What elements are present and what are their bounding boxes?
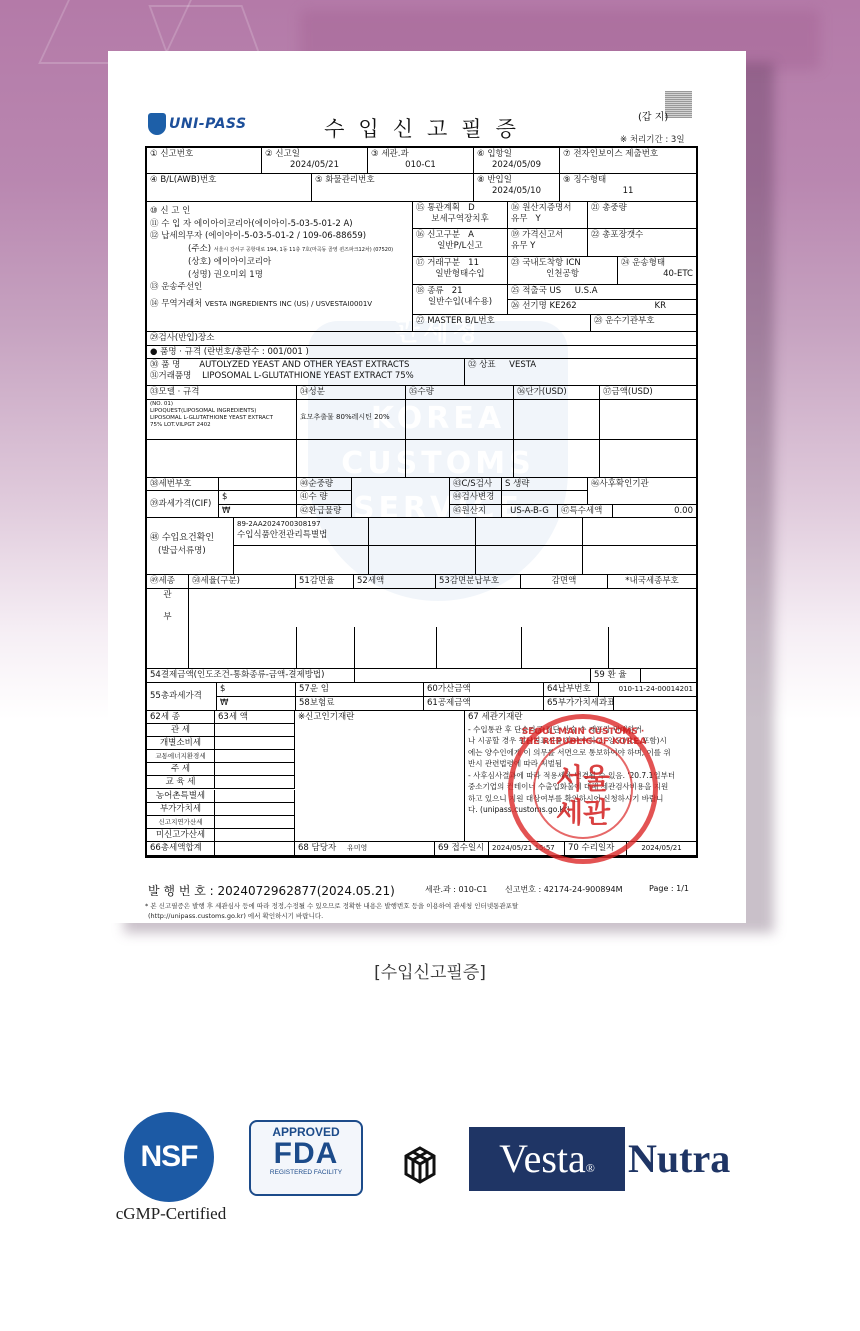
- tax-kind-amount: [215, 829, 295, 842]
- field-cs-check: ㊸C/S검사: [450, 478, 502, 491]
- tax-kind-label: 교통에너지환경세: [147, 750, 215, 763]
- field-cargo-no: ⑤ 화물관리번호: [312, 174, 474, 202]
- copy-label: (갑 지): [638, 108, 668, 123]
- duty-header-reduction-rate: 51감면율: [296, 575, 354, 589]
- tax-kind-label: 관 세: [147, 724, 215, 737]
- requirement-empty: [234, 546, 369, 575]
- spec-header-quantity: ㉟수량: [406, 386, 514, 400]
- spec-unit-price-value: [514, 400, 600, 440]
- tax-kind-label: 주 세: [147, 763, 215, 776]
- tax-kind-header: 62세 종: [147, 711, 215, 724]
- footer-declaration-no: 신고번호 : 42174-24-900894M: [505, 884, 623, 895]
- field-collection-type: ⑨ 징수형태11: [560, 174, 696, 202]
- issue-number: 발 행 번 호 : 2024072962877(2024.05.21): [148, 882, 395, 899]
- field-total-tax: 66총세액합계: [147, 842, 215, 856]
- declarant-note-area: ※신고인기재란: [295, 711, 465, 842]
- field-e-invoice-no: ⑦ 전자인보이스 제출번호: [560, 148, 696, 174]
- field-special-tax: ㊼특수세액: [558, 505, 613, 518]
- field-insurance: 58보험료: [296, 697, 424, 711]
- requirement-empty: [583, 518, 696, 546]
- item-header: ● 품명 · 규격 (란번호/총란수 : 001/001 ): [147, 346, 696, 359]
- requirement-empty: [369, 518, 476, 546]
- exchange-rate-value: [641, 669, 696, 683]
- qr-code-icon: [665, 91, 692, 118]
- spec-empty-cell: [297, 440, 406, 478]
- total-tax-value: [215, 842, 295, 856]
- tax-kind-label: 개별소비세: [147, 737, 215, 750]
- tax-kind-amount: [215, 776, 295, 789]
- footer-customs: 세관.과 : 010-C1: [425, 884, 487, 895]
- spec-empty-cell: [514, 440, 600, 478]
- duty-header-installment: 53감면분납부호: [436, 575, 521, 589]
- declarant-block: ⑩ 신 고 인 ⑪ 수 입 자 에이아이코리아(에이아이-5-03-5-01-2…: [147, 202, 413, 332]
- vesta-brand-box: Vesta®: [469, 1127, 625, 1191]
- field-carrier-code: ㉘ 운수기관부호: [591, 315, 696, 332]
- requirement-value: 89-2AA2024700308197수입식품안전관리특별법: [234, 518, 369, 546]
- tax-kind-amount: [215, 816, 295, 829]
- processing-period: ※ 처리기간 : 3일: [620, 133, 685, 145]
- field-received: 69 접수일시: [435, 842, 489, 856]
- footer-note-url: (http://unipass.customs.go.kr) 에서 확인하시기 …: [148, 911, 323, 920]
- field-export-country: ㉕ 적출국 US U.S.A: [508, 285, 696, 300]
- field-addition: 60가산금액: [424, 683, 544, 697]
- requirement-empty: [476, 546, 583, 575]
- vat-base-value: [614, 697, 696, 711]
- duty-header-rate: ㊿세율(구분): [189, 575, 296, 589]
- product-names: ㉚ 품 명 AUTOLYZED YEAST AND OTHER YEAST EX…: [147, 359, 465, 386]
- field-officer: 68 담당자 유미영: [295, 842, 435, 856]
- field-freight: 57운 임: [296, 683, 424, 697]
- field-total-taxable: 55총과세가격: [147, 683, 217, 711]
- field-import-requirement: ㊽ 수입요건확인(발급서류명): [147, 518, 234, 575]
- field-taxable-price: ㊴과세가격(CIF): [147, 491, 219, 518]
- accepted-value: 2024/05/21: [627, 842, 696, 856]
- field-inspection-change: ㊹검사변경: [450, 491, 502, 505]
- weight-values: [352, 478, 450, 518]
- spec-quantity-value: [406, 400, 514, 440]
- spec-empty-cell: [600, 440, 696, 478]
- customs-seal-stamp: SEOUL MAIN CUSTOMS · THE REPUBLIC OF KOR…: [508, 714, 658, 864]
- fda-registered-badge: APPROVED FDA REGISTERED FACILITY: [249, 1120, 363, 1196]
- total-taxable-krw: ₩: [217, 697, 296, 711]
- field-transaction-type: ⑰ 거래구분 11일반형태수입: [413, 257, 508, 285]
- import-declaration-document: 관세청 KOREA CUSTOMS SERVICE UNI-PASS 수입신고필…: [108, 51, 746, 923]
- field-net-weight: ㊵순중량: [297, 478, 352, 491]
- spec-header-model: ㉝모델 · 규격: [147, 386, 297, 400]
- tax-kind-label: 신고지연가산세: [147, 816, 215, 829]
- cs-check-value: S 생략: [502, 478, 588, 491]
- origin-value: US-A-B-G: [502, 505, 558, 518]
- field-brand: ㉜ 상표 VESTA: [465, 359, 696, 386]
- spec-component-value: 효모추출물 80%레시틴 20%: [297, 400, 406, 440]
- nutra-brand-text: Nutra: [628, 1127, 730, 1191]
- requirement-empty: [369, 546, 476, 575]
- tax-kind-label: 농어촌특별세: [147, 790, 215, 803]
- field-exchange-rate: 59 환 율: [591, 669, 641, 683]
- taxable-usd: $: [219, 491, 297, 505]
- field-origin-certificate: ⑯ 원산지증명서유무 Y: [508, 202, 588, 229]
- field-deduction: 61공제금액: [424, 697, 544, 711]
- field-gross-weight: ㉑ 총중량: [588, 202, 696, 229]
- field-quantity: ㊶수 량: [297, 491, 352, 505]
- requirement-empty: [476, 518, 583, 546]
- field-inspection-place: ㉙검사(반입)장소: [147, 332, 696, 346]
- spec-header-amount: ㊲금액(USD): [600, 386, 696, 400]
- field-clearance-plan: ⑮ 통관계획 D보세구역장치후: [413, 202, 508, 229]
- field-total-packages: ㉒ 총포장갯수: [588, 229, 696, 257]
- duty-body: [189, 589, 696, 669]
- field-vat-base: 65부가가치세과표: [544, 697, 614, 711]
- tax-amount-header: 63세 액: [215, 711, 295, 724]
- field-post-check: ㊻사후확인기관: [588, 478, 696, 505]
- field-arrival-port: ㉓ 국내도착항 ICN인천공항: [508, 257, 618, 285]
- footer-note: * 본 신고필증은 발행 후 세관심사 등에 따라 정정,수정될 수 있으므로 …: [145, 901, 518, 910]
- field-payment-amount: 54결제금액(인도조건-통화종류-금액-결제방법): [147, 669, 355, 683]
- field-bl-number: ④ B/L(AWB)번호: [147, 174, 312, 202]
- vesta-cube-icon: [402, 1145, 438, 1185]
- field-declaration-date: ② 신고일2024/05/21: [262, 148, 368, 174]
- total-taxable-usd: $: [217, 683, 296, 697]
- duty-type-value: 관 부: [147, 589, 189, 669]
- field-transport-mode: ㉔ 운송형태40-ETC: [618, 257, 696, 285]
- field-master-bl: ㉗ MASTER B/L번호: [413, 315, 591, 332]
- field-customs-office: ③ 세관.과010-C1: [368, 148, 474, 174]
- field-payment-number: 64납부번호: [544, 683, 599, 697]
- field-arrival-date: ⑥ 입항일2024/05/09: [474, 148, 560, 174]
- tax-kind-label: 부가가치세: [147, 803, 215, 816]
- spec-amount-value: [600, 400, 696, 440]
- duty-header-reduction-amount: 감면액: [521, 575, 608, 589]
- special-tax-value: 0.00: [613, 505, 696, 518]
- tax-kind-label: 미신고가산세: [147, 829, 215, 842]
- field-refund-quantity: ㊷환급물량: [297, 505, 352, 518]
- field-declaration-type: ⑯ 신고구분 A일반P/L신고: [413, 229, 508, 257]
- tax-kind-amount: [215, 803, 295, 816]
- duty-header-domestic-code: *내국세종부호: [608, 575, 696, 589]
- field-vessel-name: ㉖ 선기명 KE262KR: [508, 300, 696, 315]
- duty-header-type: ㊾세종: [147, 575, 189, 589]
- spec-empty-cell: [147, 440, 297, 478]
- spec-header-component: ㉞성분: [297, 386, 406, 400]
- field-origin: ㊺원산지: [450, 505, 502, 518]
- cgmp-certified-label: cGMP-Certified: [96, 1204, 246, 1224]
- field-import-kind: ⑱ 종류 21일반수입(내수용): [413, 285, 508, 315]
- duty-header-amount: 52세액: [354, 575, 436, 589]
- footer-page: Page : 1/1: [649, 884, 689, 893]
- field-hs-code: ㊳세번부호: [147, 478, 219, 491]
- tax-kind-amount: [215, 750, 295, 763]
- field-declaration-no: ① 신고번호: [147, 148, 262, 174]
- tax-kind-label: 교 육 세: [147, 776, 215, 789]
- payment-number-value: 010-11-24-00014201: [599, 683, 696, 697]
- field-price-declaration: ⑲ 가격신고서유무 Y: [508, 229, 588, 257]
- spec-empty-cell: [406, 440, 514, 478]
- inspection-change-value: [502, 491, 588, 505]
- field-hs-code-value: [219, 478, 297, 491]
- document-caption: [수입신고필증]: [0, 958, 860, 983]
- tax-kind-amount: [215, 763, 295, 776]
- spec-model-value: (NO. 01)LIPOQUEST(LIPOSOMAL INGREDIENTS)…: [147, 400, 297, 440]
- taxable-krw: ₩: [219, 505, 297, 518]
- tax-kind-amount: [215, 724, 295, 737]
- spec-header-unit-price: ㊱단가(USD): [514, 386, 600, 400]
- tax-kind-amount: [215, 790, 295, 803]
- payment-amount-value: [355, 669, 591, 683]
- nsf-logo: NSF: [124, 1112, 214, 1202]
- requirement-empty: [583, 546, 696, 575]
- tax-kind-amount: [215, 737, 295, 750]
- field-entry-date: ⑧ 반입일2024/05/10: [474, 174, 560, 202]
